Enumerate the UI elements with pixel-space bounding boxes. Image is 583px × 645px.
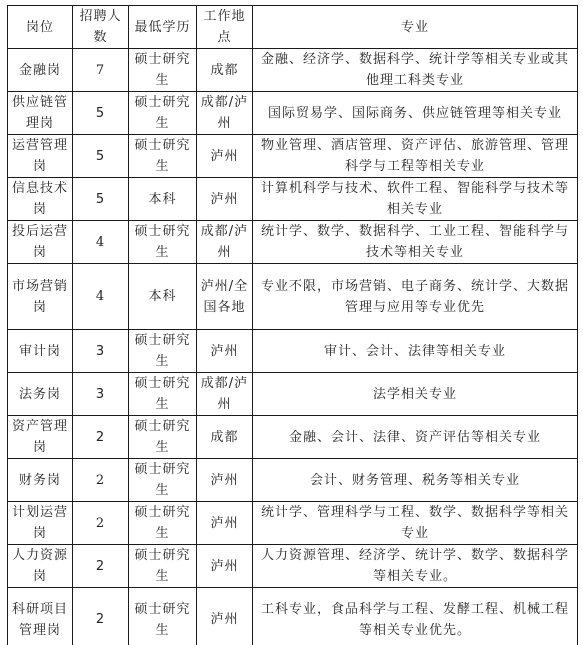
cell-major: 计算机科学与技术、软件工程、智能科学与技术等相关专业 <box>253 178 578 221</box>
cell-count: 5 <box>73 178 129 221</box>
cell-position: 市场营销岗 <box>8 264 73 330</box>
table-row: 市场营销岗 4 本科 泸州/全国各地 专业不限，市场营销、电子商务、统计学、大数… <box>8 264 578 330</box>
cell-count: 2 <box>73 416 129 459</box>
cell-count: 2 <box>73 502 129 545</box>
cell-position: 审计岗 <box>8 330 73 373</box>
cell-position: 人力资源岗 <box>8 545 73 588</box>
table-row: 人力资源岗 2 硕士研究生 泸州 人力资源管理、经济学、统计学、数学、数据科学等… <box>8 545 578 588</box>
cell-count: 2 <box>73 545 129 588</box>
cell-position: 供应链管理岗 <box>8 92 73 135</box>
cell-location: 泸州 <box>197 135 253 178</box>
table-row: 法务岗 3 硕士研究生 成都/泸州 法学相关专业 <box>8 373 578 416</box>
cell-education: 硕士研究生 <box>129 373 197 416</box>
cell-position: 信息技术岗 <box>8 178 73 221</box>
cell-major: 会计、财务管理、税务等相关专业 <box>253 459 578 502</box>
cell-count: 3 <box>73 373 129 416</box>
cell-education: 硕士研究生 <box>129 92 197 135</box>
header-major: 专业 <box>253 6 578 49</box>
cell-count: 5 <box>73 92 129 135</box>
cell-position: 法务岗 <box>8 373 73 416</box>
table-row: 财务岗 2 硕士研究生 泸州 会计、财务管理、税务等相关专业 <box>8 459 578 502</box>
table-row: 计划运营岗 2 硕士研究生 泸州 统计学、管理科学与工程、数学、数据科学等相关专… <box>8 502 578 545</box>
cell-position: 计划运营岗 <box>8 502 73 545</box>
cell-major: 审计、会计、法律等相关专业 <box>253 330 578 373</box>
cell-education: 本科 <box>129 178 197 221</box>
cell-location: 成都/泸州 <box>197 373 253 416</box>
cell-position: 资产管理岗 <box>8 416 73 459</box>
cell-count: 2 <box>73 588 129 645</box>
cell-major: 国际贸易学、国际商务、供应链管理等相关专业 <box>253 92 578 135</box>
cell-location: 泸州 <box>197 178 253 221</box>
cell-location: 泸州/全国各地 <box>197 264 253 330</box>
cell-major: 物业管理、酒店管理、资产评估、旅游管理、管理科学与工程等相关专业 <box>253 135 578 178</box>
cell-education: 硕士研究生 <box>129 49 197 92</box>
recruitment-table: 岗位 招聘人数 最低学历 工作地点 专业 金融岗 7 硕士研究生 成都 金融、经… <box>7 5 578 645</box>
cell-education: 硕士研究生 <box>129 135 197 178</box>
cell-location: 成都 <box>197 416 253 459</box>
cell-education: 硕士研究生 <box>129 459 197 502</box>
cell-major: 工科专业，食品科学与工程、发酵工程、机械工程等相关专业优先。 <box>253 588 578 645</box>
cell-education: 硕士研究生 <box>129 502 197 545</box>
header-position: 岗位 <box>8 6 73 49</box>
cell-education: 硕士研究生 <box>129 588 197 645</box>
table-row: 资产管理岗 2 硕士研究生 成都 金融、会计、法律、资产评估等相关专业 <box>8 416 578 459</box>
cell-major: 法学相关专业 <box>253 373 578 416</box>
table-row: 审计岗 3 硕士研究生 泸州 审计、会计、法律等相关专业 <box>8 330 578 373</box>
table-row: 金融岗 7 硕士研究生 成都 金融、经济学、数据科学、统计学等相关专业或其他理工… <box>8 49 578 92</box>
table-row: 信息技术岗 5 本科 泸州 计算机科学与技术、软件工程、智能科学与技术等相关专业 <box>8 178 578 221</box>
cell-major: 专业不限，市场营销、电子商务、统计学、大数据管理与应用等专业优先 <box>253 264 578 330</box>
cell-education: 硕士研究生 <box>129 330 197 373</box>
cell-education: 硕士研究生 <box>129 221 197 264</box>
cell-count: 7 <box>73 49 129 92</box>
cell-education: 本科 <box>129 264 197 330</box>
cell-position: 运营管理岗 <box>8 135 73 178</box>
cell-position: 科研项目管理岗 <box>8 588 73 645</box>
cell-count: 4 <box>73 221 129 264</box>
cell-major: 金融、会计、法律、资产评估等相关专业 <box>253 416 578 459</box>
cell-major: 人力资源管理、经济学、统计学、数学、数据科学等相关专业。 <box>253 545 578 588</box>
cell-major: 金融、经济学、数据科学、统计学等相关专业或其他理工科类专业 <box>253 49 578 92</box>
cell-count: 5 <box>73 135 129 178</box>
cell-position: 财务岗 <box>8 459 73 502</box>
header-count: 招聘人数 <box>73 6 129 49</box>
table-row: 运营管理岗 5 硕士研究生 泸州 物业管理、酒店管理、资产评估、旅游管理、管理科… <box>8 135 578 178</box>
cell-location: 泸州 <box>197 588 253 645</box>
table-row: 科研项目管理岗 2 硕士研究生 泸州 工科专业，食品科学与工程、发酵工程、机械工… <box>8 588 578 645</box>
cell-position: 投后运营岗 <box>8 221 73 264</box>
cell-major: 统计学、数学、数据科学、工业工程、智能科学与技术等相关专业 <box>253 221 578 264</box>
cell-count: 3 <box>73 330 129 373</box>
header-education: 最低学历 <box>129 6 197 49</box>
header-location: 工作地点 <box>197 6 253 49</box>
cell-major: 统计学、管理科学与工程、数学、数据科学等相关专业 <box>253 502 578 545</box>
table-row: 供应链管理岗 5 硕士研究生 成都/泸州 国际贸易学、国际商务、供应链管理等相关… <box>8 92 578 135</box>
cell-count: 4 <box>73 264 129 330</box>
cell-education: 硕士研究生 <box>129 416 197 459</box>
cell-location: 成都/泸州 <box>197 92 253 135</box>
cell-location: 泸州 <box>197 330 253 373</box>
cell-location: 泸州 <box>197 545 253 588</box>
cell-location: 泸州 <box>197 502 253 545</box>
cell-education: 硕士研究生 <box>129 545 197 588</box>
cell-location: 成都 <box>197 49 253 92</box>
cell-location: 泸州 <box>197 459 253 502</box>
cell-count: 2 <box>73 459 129 502</box>
header-row: 岗位 招聘人数 最低学历 工作地点 专业 <box>8 6 578 49</box>
table-row: 投后运营岗 4 硕士研究生 成都/泸州 统计学、数学、数据科学、工业工程、智能科… <box>8 221 578 264</box>
cell-position: 金融岗 <box>8 49 73 92</box>
cell-location: 成都/泸州 <box>197 221 253 264</box>
